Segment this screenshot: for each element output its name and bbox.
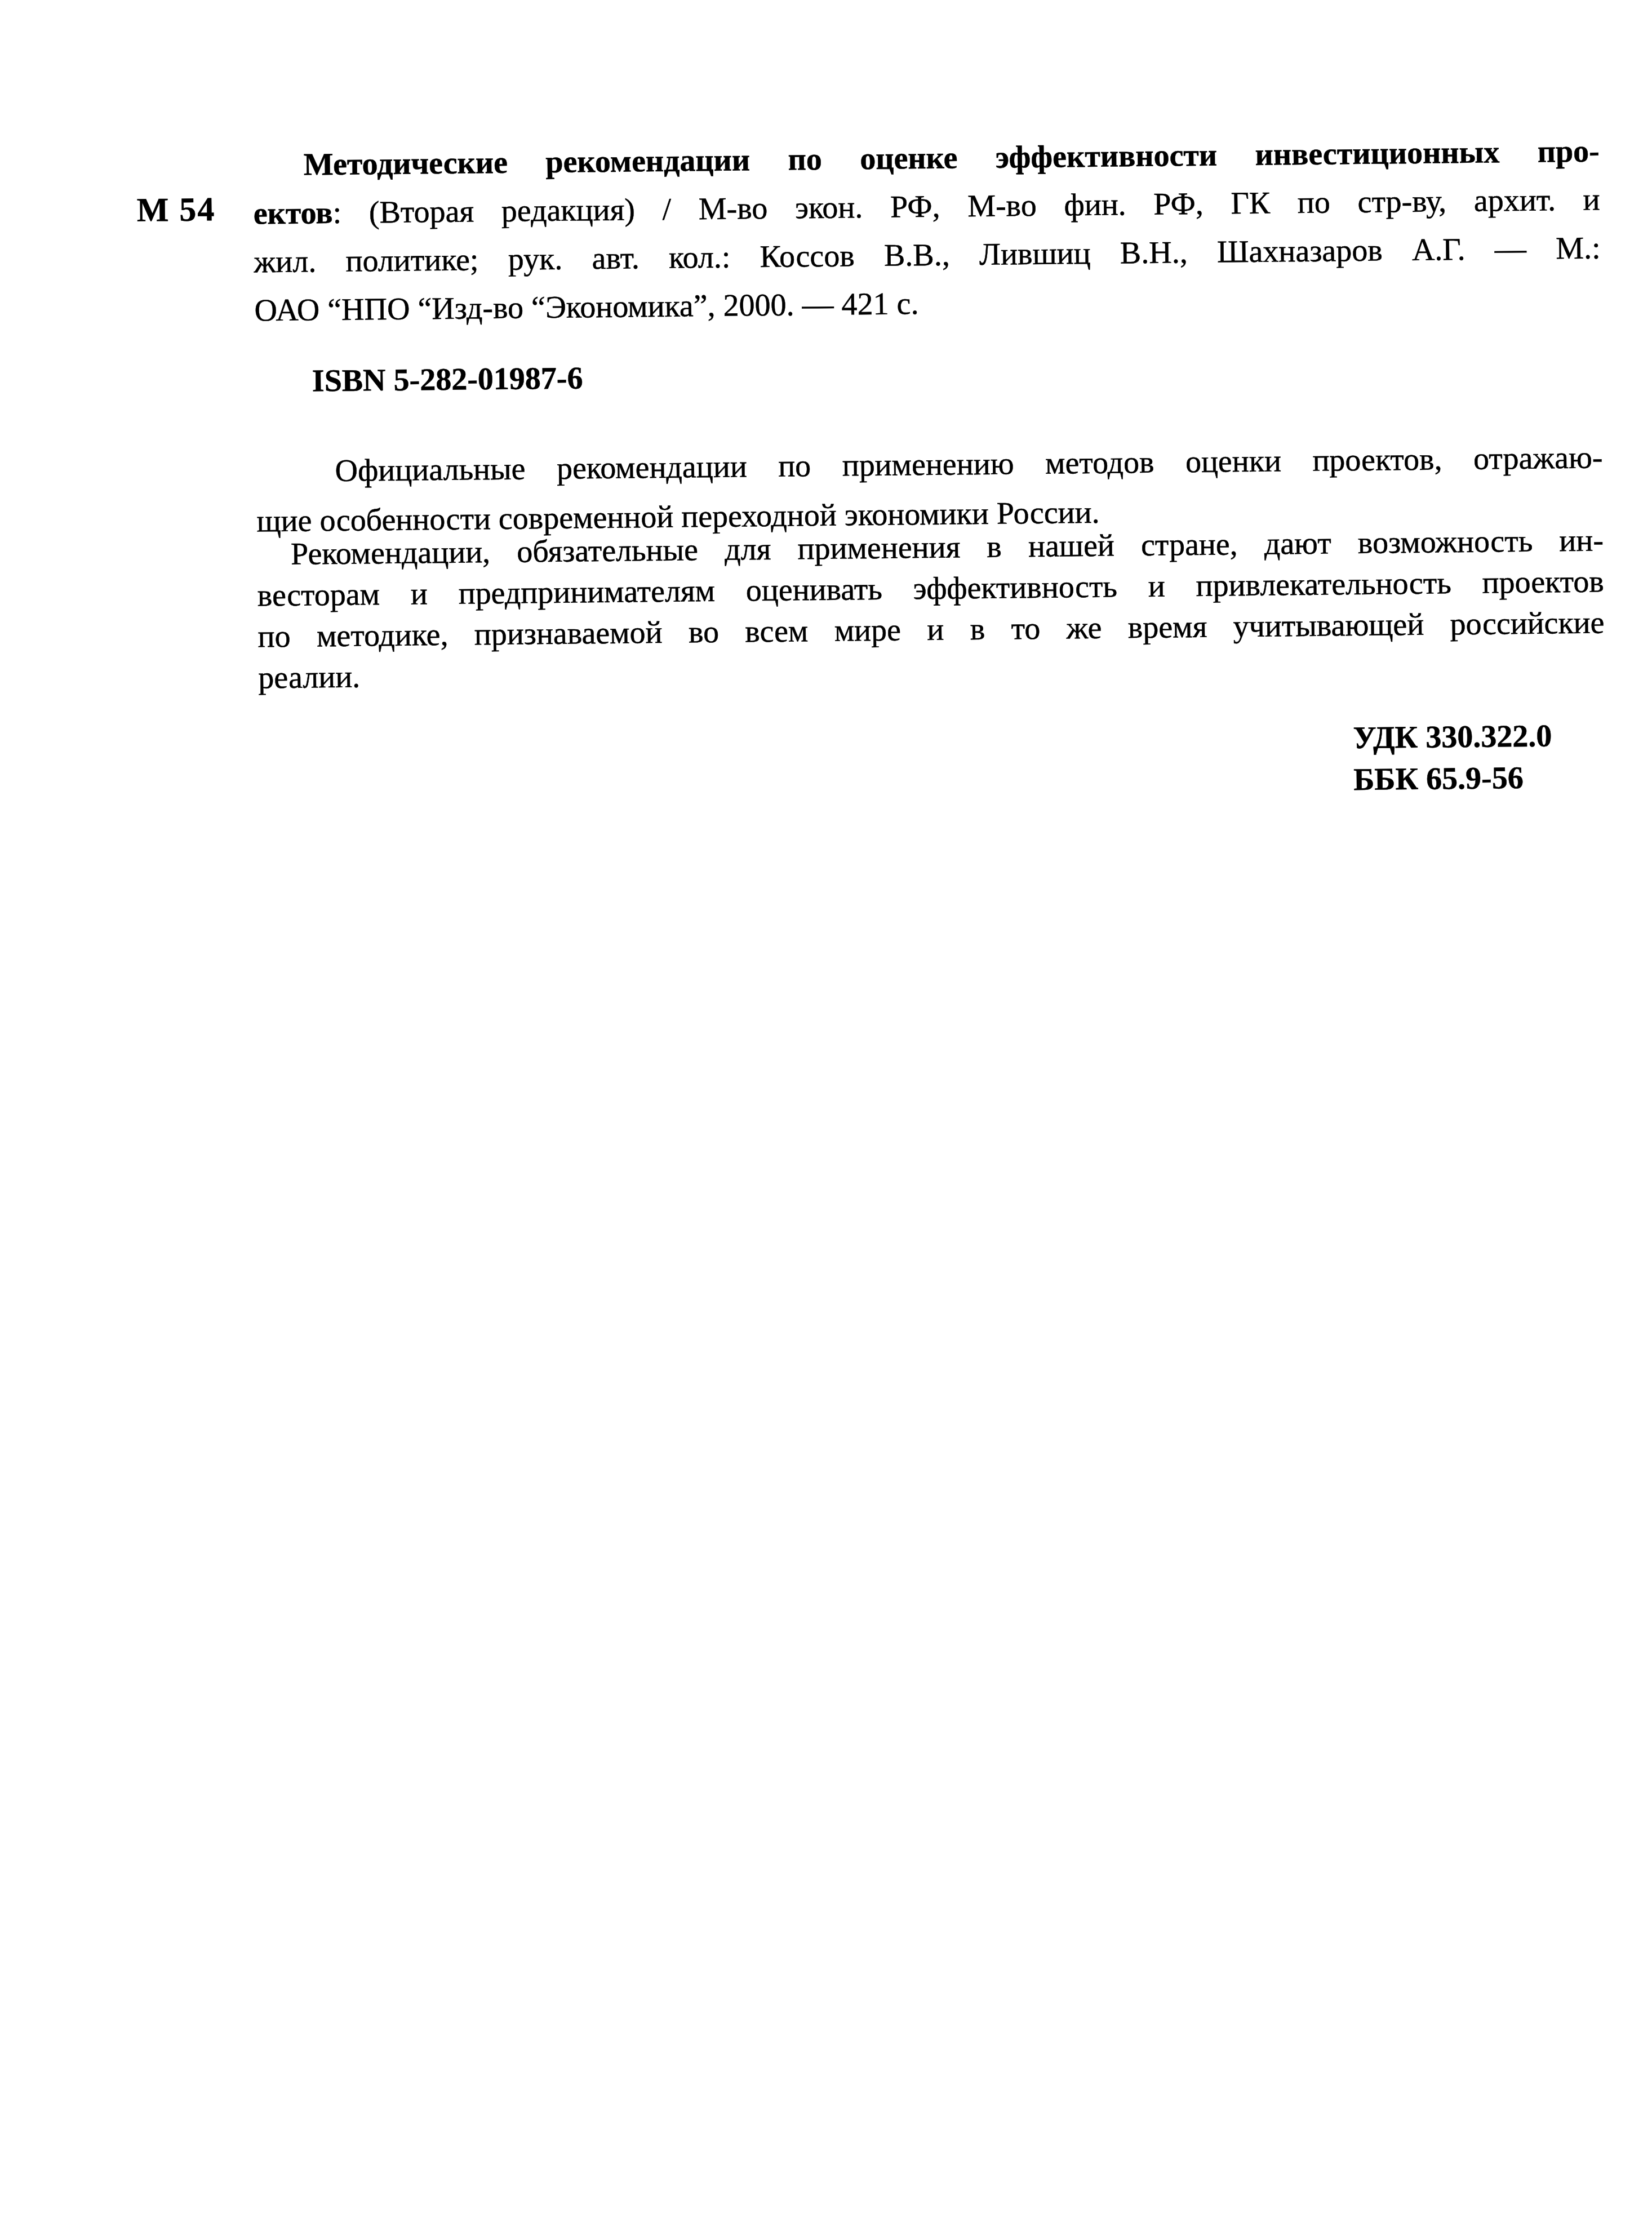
- bibliographic-record: Методические рекомендации по оценке эффе…: [252, 127, 1601, 335]
- isbn-number: ISBN 5-282-01987-6: [312, 360, 583, 399]
- annotation-paragraph-recommendations: Рекомендации, обязательные для применени…: [257, 520, 1605, 699]
- bbk-code: ББК 65.9-56: [1353, 757, 1552, 801]
- record-title-bold: ектов: [253, 195, 332, 231]
- record-text: : (Вторая редакция) / М-во экон. РФ, М-в…: [332, 182, 1600, 230]
- record-text: ОАО “НПО “Изд-во “Экономика”, 2000. — 42…: [254, 286, 919, 328]
- record-title-bold: Методические рекомендации по оценке эффе…: [304, 134, 1600, 183]
- book-imprint-page: М 54 Методические рекомендации по оценке…: [0, 0, 1652, 2240]
- record-text: жил. политике; рук. авт. кол.: Коссов В.…: [254, 230, 1601, 279]
- udk-code: УДК 330.322.0: [1353, 715, 1552, 759]
- scanned-text-content: М 54 Методические рекомендации по оценке…: [0, 0, 1652, 2240]
- classification-codes: УДК 330.322.0 ББК 65.9-56: [1353, 715, 1552, 801]
- classification-margin-code: М 54: [136, 190, 215, 229]
